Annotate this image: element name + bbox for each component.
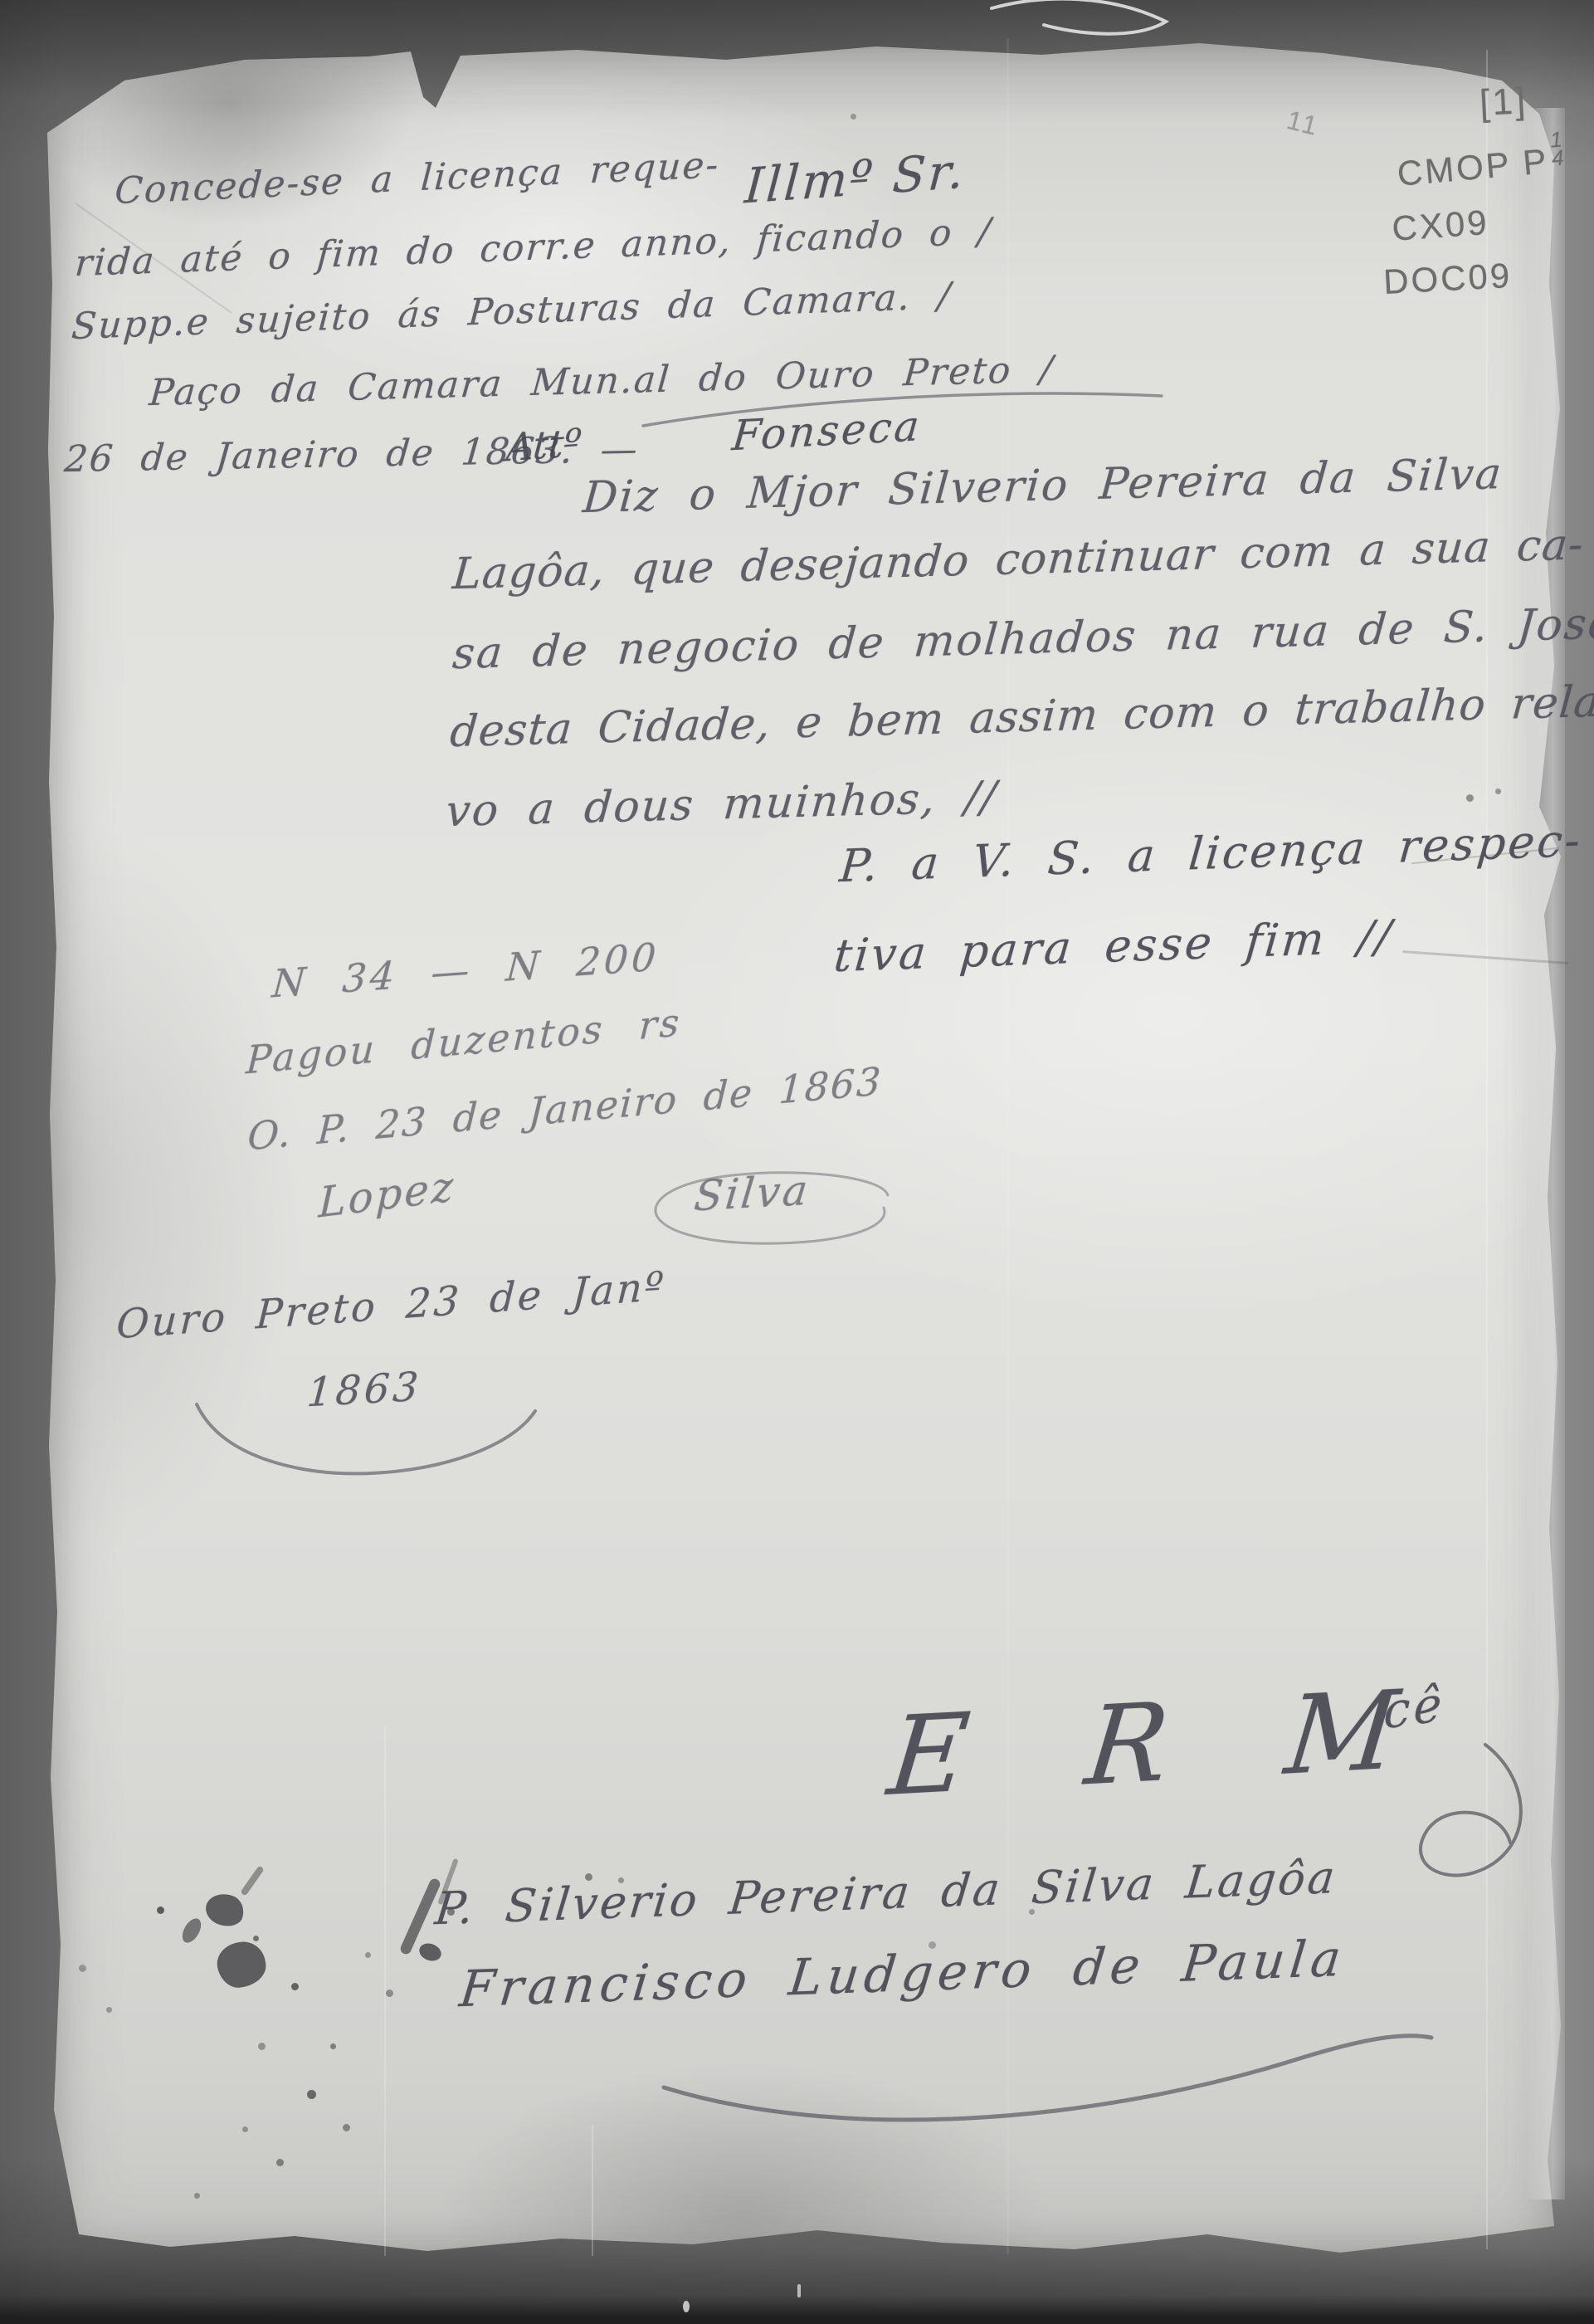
signature-flourish-line — [639, 378, 1178, 444]
film-speck — [683, 2301, 690, 2312]
vertical-scratch-bottom — [592, 2125, 593, 2256]
archival-box-code: CX09 — [1391, 203, 1490, 249]
signature-underline-swash — [656, 2009, 1452, 2141]
dateline-flourish — [187, 1378, 552, 1494]
scanned-manuscript-page: { "scan": { "pencil_marks": { "page_brac… — [0, 0, 1594, 2324]
fee-signature-flourish — [639, 1162, 904, 1253]
despacho-signature-rubric: Attº — [505, 420, 583, 471]
archival-page-number: [1] — [1479, 81, 1528, 124]
collection-fraction: 14 — [1549, 129, 1567, 168]
closing-formula-superscript: cê — [1383, 1675, 1445, 1741]
vertical-scratch — [1486, 50, 1488, 2249]
vertical-scratch-small — [384, 1726, 386, 2256]
fraction-denominator: 4 — [1551, 148, 1567, 168]
archival-doc-code: DOC09 — [1382, 256, 1513, 302]
ink-speckles — [0, 0, 6, 6]
closing-flourish-loop — [1369, 1743, 1552, 1892]
film-speck — [797, 2284, 801, 2297]
